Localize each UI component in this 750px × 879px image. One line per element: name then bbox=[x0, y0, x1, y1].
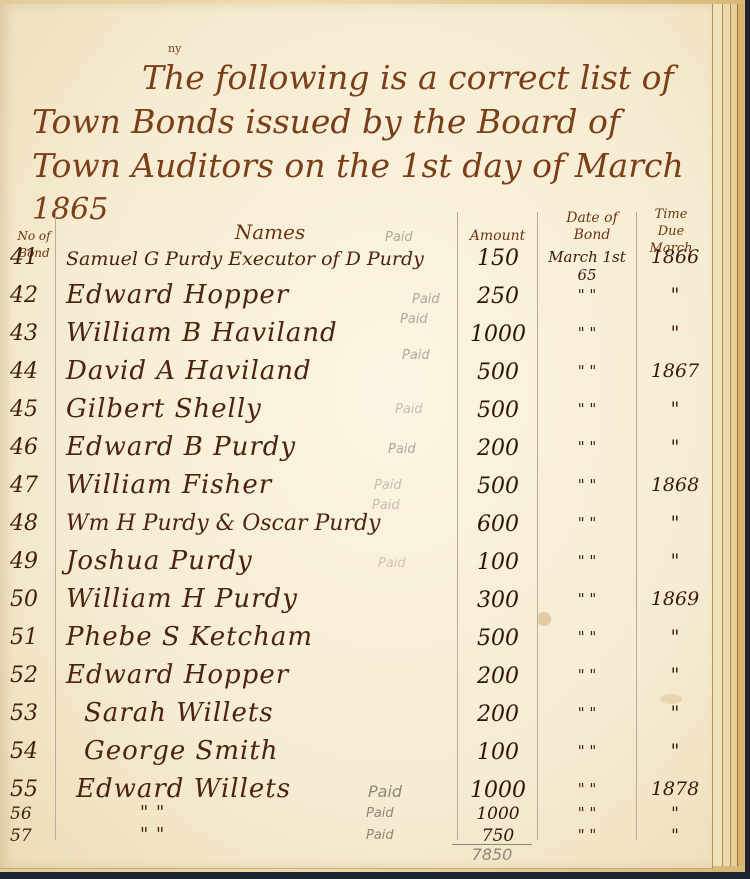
table-row: 45 Gilbert Shelly Paid 500 " " " bbox=[0, 394, 712, 432]
bond-date: " " bbox=[540, 826, 634, 844]
bond-amount: 200 bbox=[462, 664, 534, 689]
bond-holder-name: Joshua Purdy bbox=[66, 546, 253, 576]
bond-due-year: 1878 bbox=[640, 778, 710, 800]
bond-number: 56 bbox=[10, 804, 32, 824]
bond-holder-name: William H Purdy bbox=[66, 584, 298, 614]
bond-date: " " bbox=[540, 286, 634, 304]
bond-due-year: " bbox=[640, 284, 710, 306]
bond-holder-name: Edward B Purdy bbox=[66, 432, 296, 462]
bond-date: " " bbox=[540, 400, 634, 418]
bond-due-year: " bbox=[640, 398, 710, 420]
bond-date: " " bbox=[540, 362, 634, 380]
bond-due-year: 1869 bbox=[640, 588, 710, 610]
paid-note: Paid bbox=[412, 292, 440, 307]
table-row: 56 " " Paid 1000 " " " bbox=[0, 804, 712, 826]
heading-line: Town Bonds issued by the Board of bbox=[32, 100, 707, 144]
bond-holder-name: " " bbox=[140, 824, 165, 845]
column-header-date: Date of Bond bbox=[552, 210, 632, 244]
bond-due-year: " bbox=[640, 664, 710, 686]
heading-line: The following is a correct list of bbox=[32, 56, 707, 100]
paid-note: Paid bbox=[402, 348, 430, 363]
bond-number: 44 bbox=[10, 359, 38, 384]
table-row: 50 William H Purdy 300 " " 1869 bbox=[0, 584, 712, 622]
bond-date: " " bbox=[540, 590, 634, 608]
bond-holder-name: Sarah Willets bbox=[84, 698, 274, 728]
bond-total: 7850 bbox=[452, 844, 532, 864]
bond-date: " " bbox=[540, 780, 634, 798]
heading-line: Town Auditors on the 1st day of March bbox=[32, 144, 707, 188]
table-row: 49 Joshua Purdy Paid 100 " " " bbox=[0, 546, 712, 584]
bond-amount: 500 bbox=[462, 360, 534, 385]
bond-due-year: " bbox=[640, 550, 710, 572]
bond-due-year: " bbox=[640, 436, 710, 458]
bond-number: 51 bbox=[10, 625, 38, 650]
bond-due-year: 1867 bbox=[640, 360, 710, 382]
bond-holder-name: Samuel G Purdy Executor of D Purdy bbox=[66, 248, 424, 270]
bond-number: 57 bbox=[10, 826, 32, 846]
bond-date: " " bbox=[540, 438, 634, 456]
bond-due-year: " bbox=[640, 626, 710, 648]
bond-date: " " bbox=[540, 324, 634, 342]
paid-note: Paid bbox=[374, 478, 402, 493]
bond-date: " " bbox=[540, 742, 634, 760]
paid-note: Paid bbox=[378, 556, 406, 571]
bond-amount: 100 bbox=[462, 740, 534, 765]
bond-holder-name: Phebe S Ketcham bbox=[66, 622, 313, 652]
bond-amount: 250 bbox=[462, 284, 534, 309]
bond-number: 46 bbox=[10, 435, 38, 460]
table-row: 53 Sarah Willets 200 " " " bbox=[0, 698, 712, 736]
bond-number: 52 bbox=[10, 663, 38, 688]
table-row: 42 Edward Hopper Paid 250 " " " bbox=[0, 280, 712, 318]
bond-number: 55 bbox=[10, 777, 38, 802]
bond-amount: 200 bbox=[462, 436, 534, 461]
page-edge bbox=[737, 4, 744, 866]
table-row: 44 David A Haviland Paid 500 " " 1867 bbox=[0, 356, 712, 394]
bond-amount: 750 bbox=[462, 826, 534, 846]
paid-note: Paid bbox=[400, 312, 428, 327]
paid-note: Paid bbox=[368, 782, 402, 801]
bond-number: 47 bbox=[10, 473, 38, 498]
bond-number: 48 bbox=[10, 511, 38, 536]
paid-note: Paid bbox=[385, 230, 413, 245]
bond-date: " " bbox=[540, 804, 634, 822]
bond-number: 53 bbox=[10, 701, 38, 726]
bond-amount: 500 bbox=[462, 626, 534, 651]
table-row: 57 " " Paid 750 " " " bbox=[0, 826, 712, 848]
bond-due-year: " bbox=[640, 702, 710, 724]
bond-holder-name: William B Haviland bbox=[66, 318, 338, 348]
ledger-page: ny The following is a correct list of To… bbox=[0, 4, 713, 869]
bond-amount: 500 bbox=[462, 398, 534, 423]
paid-note: Paid bbox=[395, 402, 423, 417]
bond-date: March 1st 65 bbox=[540, 248, 634, 284]
bond-amount: 1000 bbox=[462, 778, 534, 803]
bond-holder-name: Edward Hopper bbox=[66, 660, 289, 690]
table-row: 48 Wm H Purdy & Oscar Purdy Paid 600 " "… bbox=[0, 508, 712, 546]
table-row: 52 Edward Hopper 200 " " " bbox=[0, 660, 712, 698]
bond-amount: 100 bbox=[462, 550, 534, 575]
bond-amount: 1000 bbox=[462, 804, 534, 824]
bond-date: " " bbox=[540, 514, 634, 532]
bond-due-year: 1866 bbox=[640, 246, 710, 268]
bond-number: 43 bbox=[10, 321, 38, 346]
bond-holder-name: William Fisher bbox=[66, 470, 272, 500]
ledger-book: ny The following is a correct list of To… bbox=[0, 0, 745, 872]
bond-due-year: 1868 bbox=[640, 474, 710, 496]
paid-note: Paid bbox=[388, 442, 416, 457]
bond-holder-name: George Smith bbox=[84, 736, 279, 766]
bond-date: " " bbox=[540, 476, 634, 494]
table-row: 46 Edward B Purdy Paid 200 " " " bbox=[0, 432, 712, 470]
table-row: 54 George Smith 100 " " " bbox=[0, 736, 712, 774]
bond-amount: 150 bbox=[462, 246, 534, 271]
bond-number: 41 bbox=[10, 245, 38, 270]
bond-number: 49 bbox=[10, 549, 38, 574]
bond-holder-name: Wm H Purdy & Oscar Purdy bbox=[66, 511, 381, 536]
column-header-names: Names bbox=[210, 224, 330, 241]
bond-holder-name: Edward Willets bbox=[76, 774, 291, 804]
bond-amount: 200 bbox=[462, 702, 534, 727]
bond-amount: 500 bbox=[462, 474, 534, 499]
bond-date: " " bbox=[540, 666, 634, 684]
insert-mark: ny bbox=[168, 42, 181, 55]
bond-number: 45 bbox=[10, 397, 38, 422]
table-row: 47 William Fisher Paid 500 " " 1868 bbox=[0, 470, 712, 508]
bond-number: 42 bbox=[10, 283, 38, 308]
bond-due-year: " bbox=[640, 322, 710, 344]
paid-note: Paid bbox=[366, 806, 394, 821]
bond-due-year: " bbox=[640, 804, 710, 824]
bond-amount: 600 bbox=[462, 512, 534, 537]
paid-note: Paid bbox=[372, 498, 400, 513]
table-row: 55 Edward Willets Paid 1000 " " 1878 bbox=[0, 774, 712, 804]
table-row: 41 Samuel G Purdy Executor of D Purdy Pa… bbox=[0, 242, 712, 280]
bond-holder-name: Gilbert Shelly bbox=[66, 394, 262, 424]
bond-list: 41 Samuel G Purdy Executor of D Purdy Pa… bbox=[0, 242, 712, 848]
bond-date: " " bbox=[540, 552, 634, 570]
paid-note: Paid bbox=[366, 828, 394, 843]
bond-holder-name: David A Haviland bbox=[66, 356, 312, 386]
document-heading: The following is a correct list of Town … bbox=[32, 56, 707, 232]
bond-amount: 1000 bbox=[462, 322, 534, 347]
bond-holder-name: Edward Hopper bbox=[66, 280, 289, 310]
bond-due-year: " bbox=[640, 740, 710, 762]
table-row: 51 Phebe S Ketcham 500 " " " bbox=[0, 622, 712, 660]
bond-date: " " bbox=[540, 628, 634, 646]
bond-number: 54 bbox=[10, 739, 38, 764]
bond-due-year: " bbox=[640, 512, 710, 534]
bond-date: " " bbox=[540, 704, 634, 722]
bond-holder-name: " " bbox=[140, 802, 165, 823]
table-row: 43 William B Haviland Paid 1000 " " " bbox=[0, 318, 712, 356]
bond-amount: 300 bbox=[462, 588, 534, 613]
bond-due-year: " bbox=[640, 826, 710, 846]
bond-number: 50 bbox=[10, 587, 38, 612]
